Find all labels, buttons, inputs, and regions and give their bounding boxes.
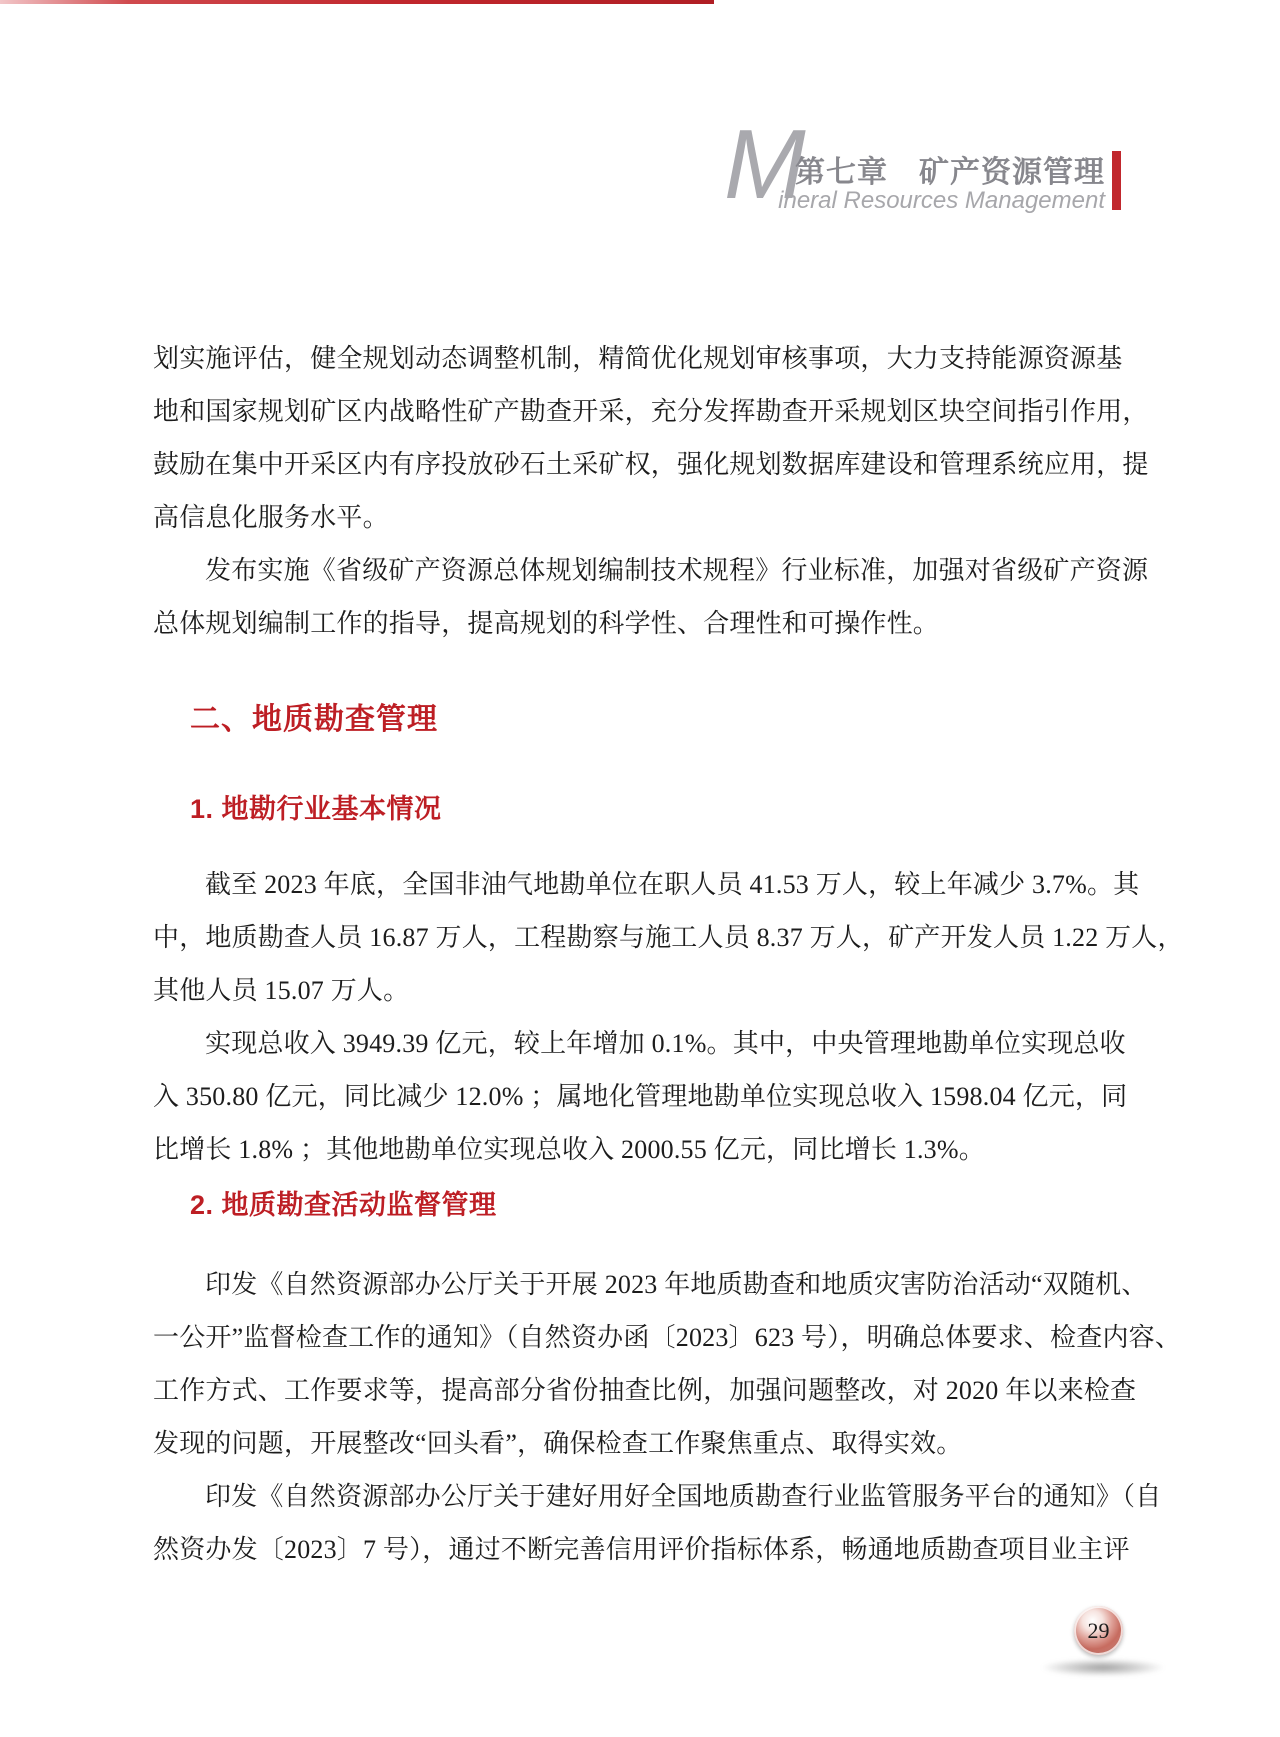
chapter-title-english: ineral Resources Management bbox=[778, 188, 1105, 214]
paragraph-line: 总体规划编制工作的指导，提高规划的科学性、合理性和可操作性。 bbox=[153, 597, 939, 650]
paragraph-line: 入 350.80 亿元，同比减少 12.0% ；属地化管理地勘单位实现总收入 1… bbox=[153, 1070, 1127, 1123]
header-rule-line bbox=[0, 0, 714, 4]
paragraph-line: 发现的问题，开展整改“回头看”，确保检查工作聚焦重点、取得实效。 bbox=[153, 1417, 962, 1470]
paragraph-line: 鼓励在集中开采区内有序投放砂石土采矿权，强化规划数据库建设和管理系统应用，提 bbox=[153, 438, 1149, 491]
document-page: M 第七章 矿产资源管理 ineral Resources Management… bbox=[0, 0, 1280, 1737]
header-accent-bar bbox=[1112, 151, 1121, 210]
paragraph-line: 然资办发〔2023〕7 号），通过不断完善信用评价指标体系，畅通地质勘查项目业主… bbox=[153, 1523, 1130, 1576]
paragraph-line: 地和国家规划矿区内战略性矿产勘查开采，充分发挥勘查开采规划区块空间指引作用， bbox=[153, 385, 1149, 438]
paragraph-line: 中，地质勘查人员 16.87 万人，工程勘察与施工人员 8.37 万人，矿产开发… bbox=[153, 911, 1184, 964]
paragraph-line: 截至 2023 年底，全国非油气地勘单位在职人员 41.53 万人，较上年减少 … bbox=[205, 858, 1139, 911]
chapter-title: 第七章 矿产资源管理 bbox=[795, 156, 1105, 190]
paragraph-line: 比增长 1.8% ；其他地勘单位实现总收入 2000.55 亿元，同比增长 1.… bbox=[153, 1123, 985, 1176]
paragraph-line: 划实施评估，健全规划动态调整机制，精简优化规划审核事项，大力支持能源资源基 bbox=[153, 332, 1122, 385]
page-badge-shadow bbox=[1042, 1659, 1164, 1676]
page-number: 29 bbox=[1088, 1618, 1110, 1644]
paragraph-line: 其他人员 15.07 万人。 bbox=[153, 964, 409, 1017]
paragraph-line: 实现总收入 3949.39 亿元，较上年增加 0.1%。其中，中央管理地勘单位实… bbox=[205, 1017, 1126, 1070]
paragraph-line: 一公开”监督检查工作的通知》（自然资办函〔2023〕623 号），明确总体要求、… bbox=[153, 1311, 1181, 1364]
subsection-heading: 2. 地质勘查活动监督管理 bbox=[190, 1190, 497, 1221]
paragraph-line: 印发《自然资源部办公厅关于建好用好全国地质勘查行业监管服务平台的通知》（自 bbox=[205, 1470, 1161, 1523]
paragraph-line: 工作方式、工作要求等，提高部分省份抽查比例，加强问题整改，对 2020 年以来检… bbox=[153, 1364, 1136, 1417]
section-heading: 二、地质勘查管理 bbox=[190, 703, 438, 737]
paragraph-line: 高信息化服务水平。 bbox=[153, 491, 389, 544]
page-number-badge: 29 bbox=[1074, 1606, 1123, 1655]
subsection-heading: 1. 地勘行业基本情况 bbox=[190, 794, 442, 825]
paragraph-line: 发布实施《省级矿产资源总体规划编制技术规程》行业标准，加强对省级矿产资源 bbox=[205, 544, 1148, 597]
paragraph-line: 印发《自然资源部办公厅关于开展 2023 年地质勘查和地质灾害防治活动“双随机、 bbox=[205, 1258, 1148, 1311]
